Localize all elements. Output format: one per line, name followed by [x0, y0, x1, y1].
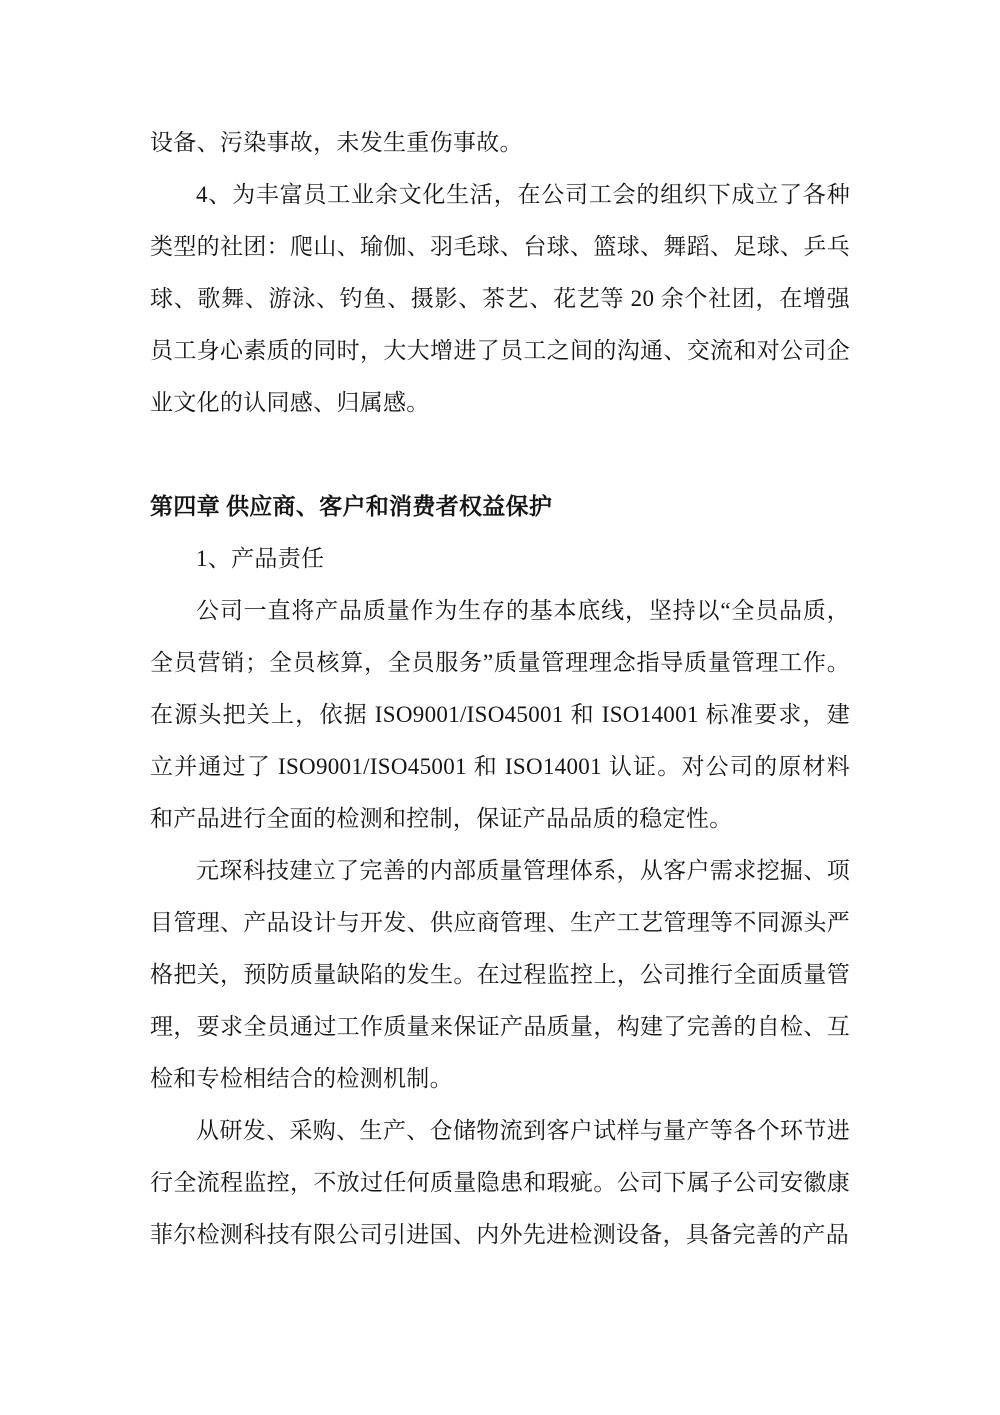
- chapter-heading: 第四章 供应商、客户和消费者权益保护: [150, 481, 850, 533]
- subsection-title-product-responsibility: 1、产品责任: [150, 533, 850, 585]
- paragraph-full-process-monitoring: 从研发、采购、生产、仓储物流到客户试样与量产等各个环节进行全流程监控，不放过任何…: [150, 1105, 850, 1261]
- paragraph-employee-clubs: 4、为丰富员工业余文化生活，在公司工会的组织下成立了各种类型的社团：爬山、瑜伽、…: [150, 169, 850, 429]
- paragraph-quality-management-system: 元琛科技建立了完善的内部质量管理体系，从客户需求挖掘、项目管理、产品设计与开发、…: [150, 845, 850, 1105]
- document-content: 设备、污染事故，未发生重伤事故。 4、为丰富员工业余文化生活，在公司工会的组织下…: [150, 117, 850, 1261]
- paragraph-safety-continuation: 设备、污染事故，未发生重伤事故。: [150, 117, 850, 169]
- document-page: 设备、污染事故，未发生重伤事故。 4、为丰富员工业余文化生活，在公司工会的组织下…: [0, 0, 1000, 1415]
- paragraph-quality-baseline: 公司一直将产品质量作为生存的基本底线，坚持以“全员品质，全员营销；全员核算，全员…: [150, 585, 850, 845]
